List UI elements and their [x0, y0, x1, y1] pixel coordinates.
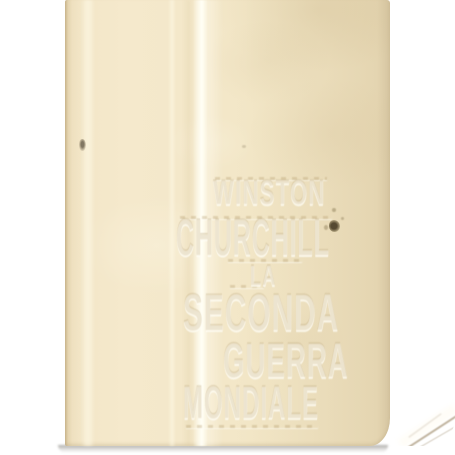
small-speck: [332, 208, 336, 212]
ink-stain: [329, 220, 340, 232]
small-speck: [324, 225, 328, 230]
corner-sheen: [398, 404, 455, 446]
small-speck: [341, 217, 344, 220]
light-band-streak: [81, 0, 95, 446]
corner-crease: [415, 427, 455, 446]
embossed-line-mondiale: MONDIALE: [183, 379, 319, 426]
drop-shadow: [58, 445, 388, 453]
corner-crease: [407, 415, 455, 446]
light-line-streak: [168, 0, 176, 446]
corner-crease: [409, 413, 442, 437]
folded-corner: [393, 394, 455, 446]
embossed-line-churchill: CHURCHILL: [176, 212, 330, 265]
small-speck: [242, 145, 246, 148]
embossed-line-winston: WINSTON: [213, 176, 326, 211]
book-cover-scan: WINSTON CHURCHILL LA SECONDA GUERRA MOND…: [0, 0, 455, 455]
paper-fleck: [79, 139, 86, 151]
